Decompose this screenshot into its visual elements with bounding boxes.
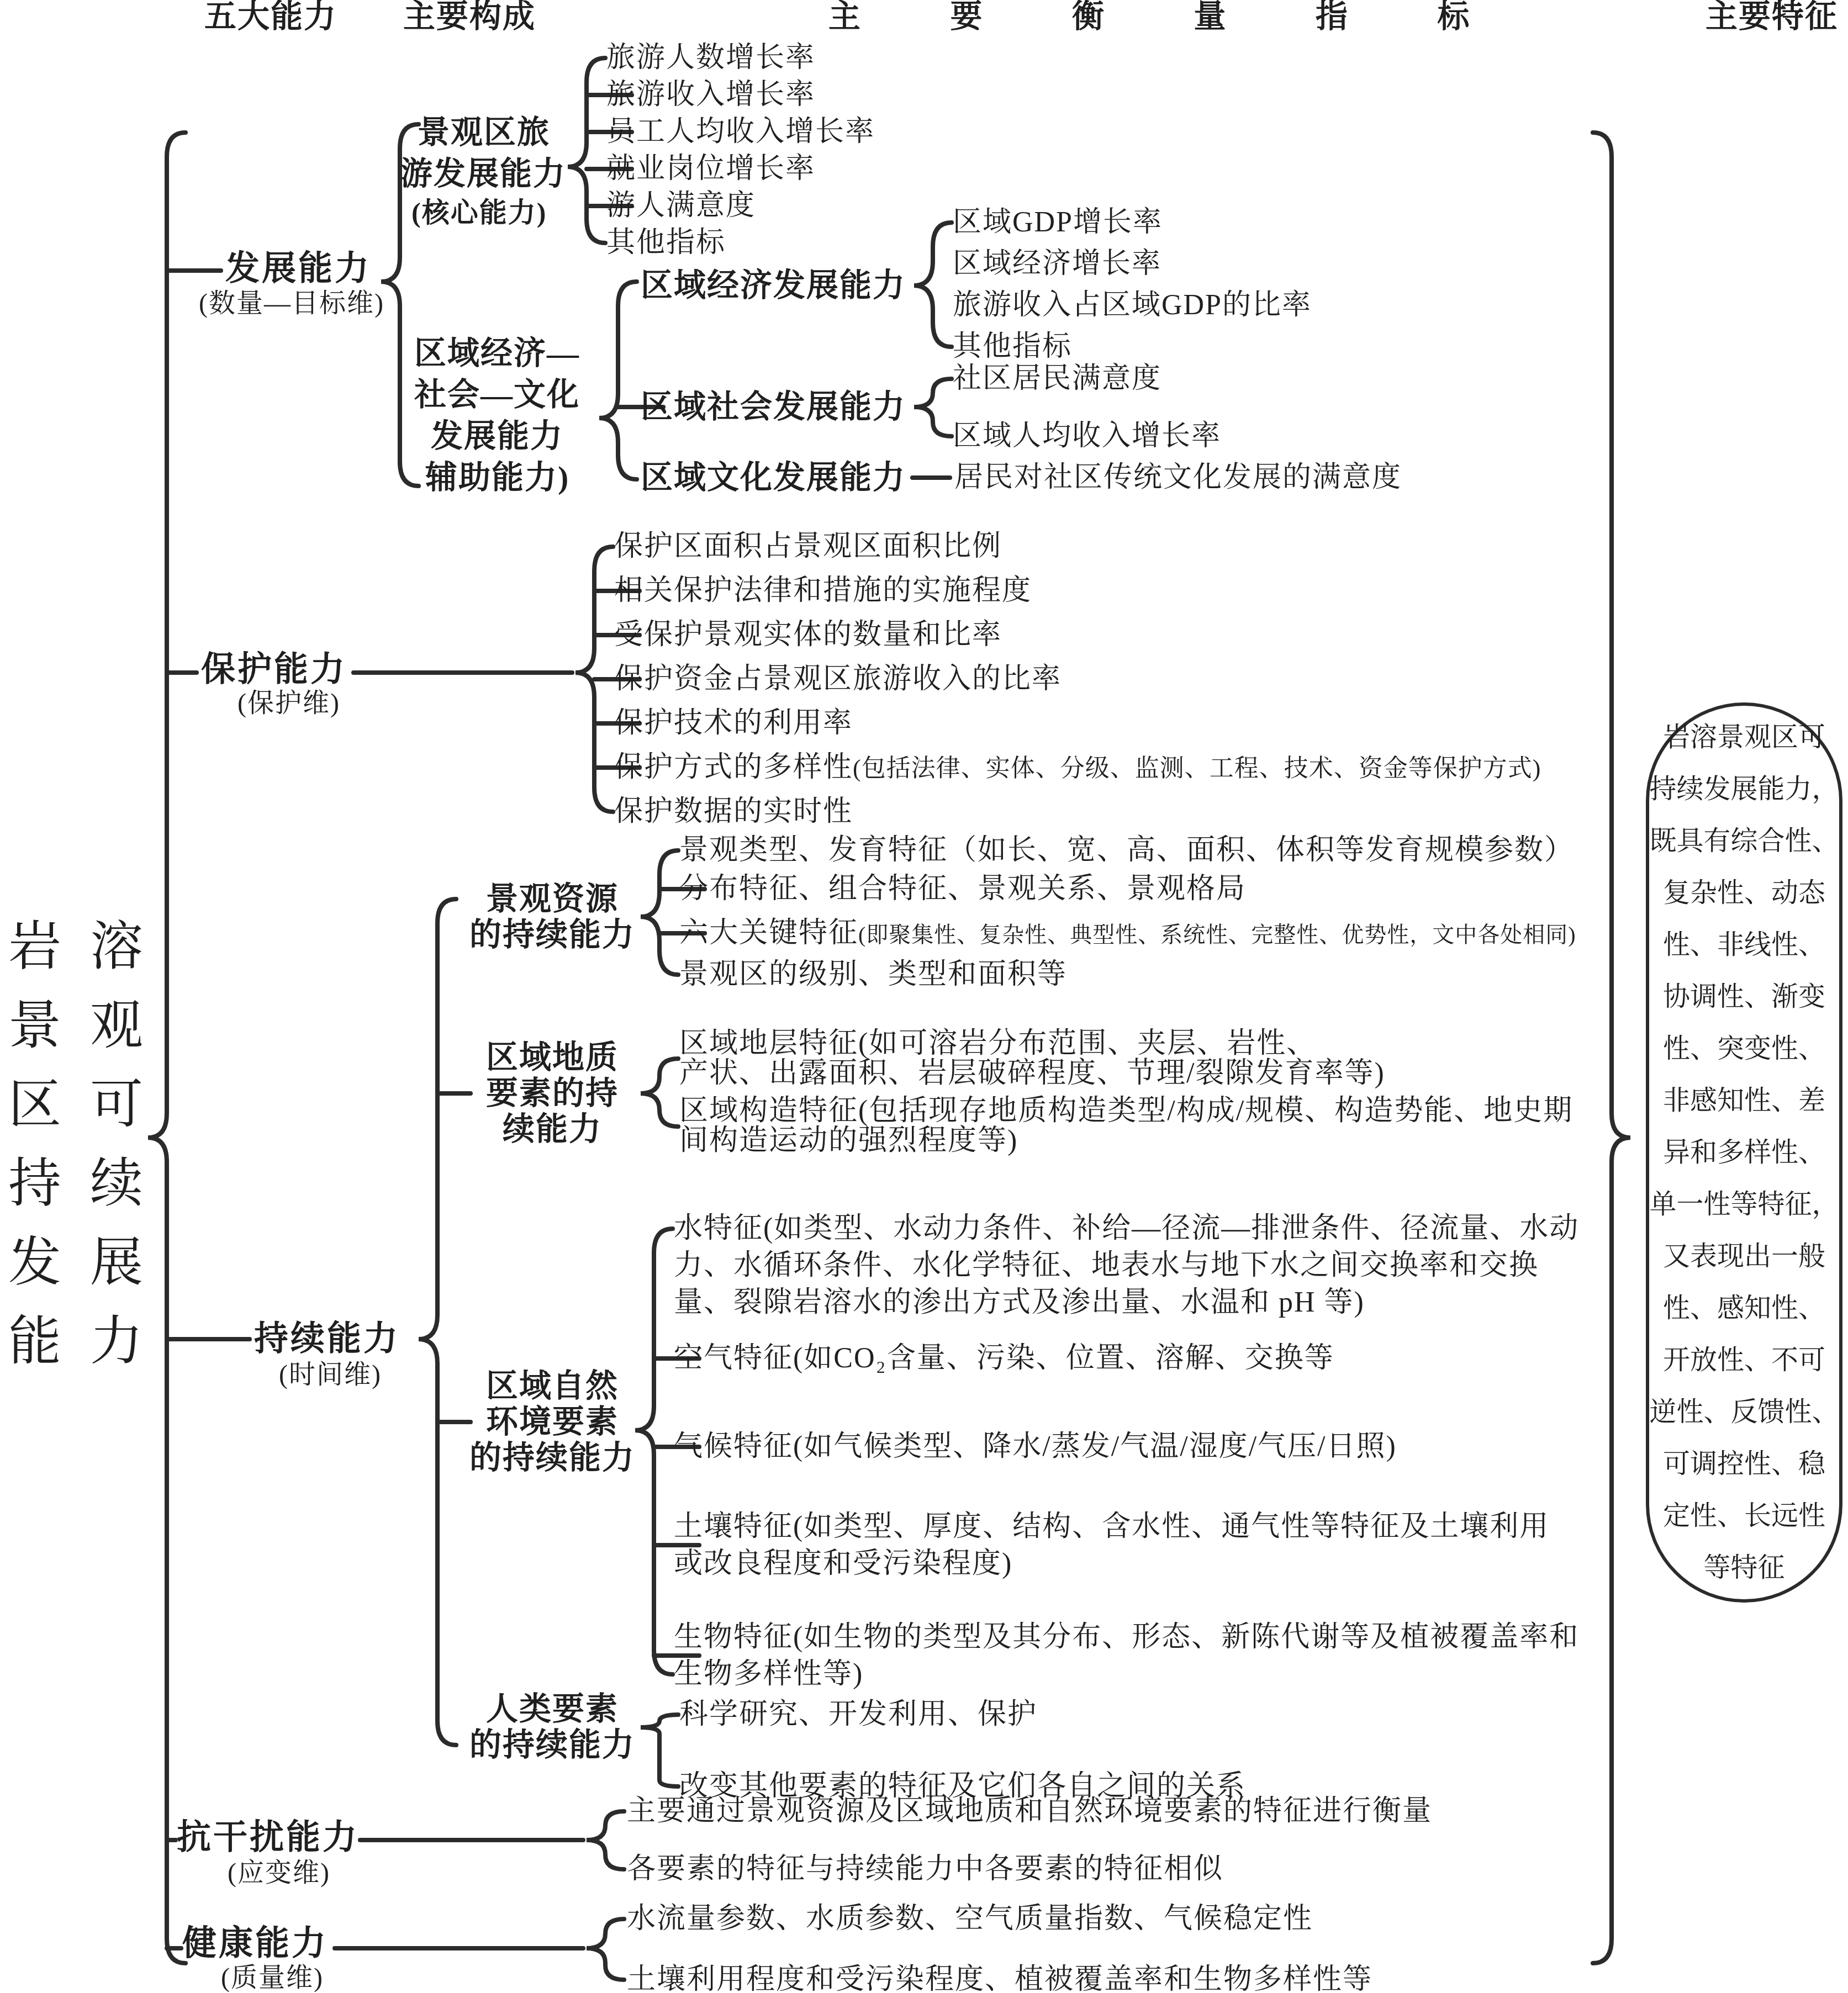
indicator: 水流量参数、水质参数、空气质量指数、气候稳定性 bbox=[627, 1905, 1313, 1933]
geology-label-line: 区域地质 bbox=[486, 1042, 619, 1074]
indicator-line: 区域地层特征(如可溶岩分布范围、夹层、岩性、 bbox=[679, 1029, 1316, 1058]
note-line: 可调控性、稳 bbox=[1663, 1438, 1825, 1490]
regional-dev-label-line: 社会—文化 bbox=[414, 379, 580, 411]
note-line: 持续发展能力， bbox=[1649, 763, 1839, 815]
root-title-row: 发展 bbox=[8, 1220, 172, 1296]
capability-protection: 保护能力 bbox=[201, 653, 347, 687]
tourism-dev-label-line: (核心能力) bbox=[411, 199, 547, 226]
note-line: 又表现出一般 bbox=[1663, 1230, 1825, 1282]
indicator-paren: (即聚集性、复杂性、典型性、系统性、完整性、优势性，文中各处相同) bbox=[858, 922, 1576, 947]
indicator: 气候特征(如气候类型、降水/蒸发/气温/湿度/气压/日照) bbox=[674, 1432, 1397, 1461]
main-features-note: 岩溶景观区可 持续发展能力， 既具有综合性、 复杂性、动态 性、非线性、 协调性… bbox=[1646, 702, 1842, 1603]
regional-dev-label-line: 发展能力 bbox=[431, 420, 563, 452]
capability-development: 发展能力 bbox=[225, 252, 371, 286]
indicator: 社区居民满意度 bbox=[953, 364, 1161, 393]
indicator: 保护区面积占景观区面积比例 bbox=[614, 532, 1002, 561]
indicator: 旅游收入占区域GDP的比率 bbox=[953, 291, 1312, 320]
indicator-line: 土壤特征(如类型、厚度、结构、含水性、通气性等特征及土壤利用 bbox=[674, 1513, 1549, 1541]
root-title-row: 持续 bbox=[8, 1141, 172, 1217]
indicator-line: 或改良程度和受污染程度) bbox=[674, 1550, 1012, 1578]
indicator: 各要素的特征与持续能力中各要素的特征相似 bbox=[627, 1855, 1223, 1884]
indicator-main: 保护方式的多样性 bbox=[614, 752, 853, 783]
indicator-line: 生物特征(如生物的类型及其分布、形态、新陈代谢等及植被覆盖率和 bbox=[674, 1623, 1579, 1652]
indicator: 就业岗位增长率 bbox=[606, 155, 815, 183]
indicator: 保护数据的实时性 bbox=[614, 797, 853, 826]
geology-label-line: 要素的持 bbox=[486, 1077, 619, 1109]
indicator: 景观类型、发育特征（如长、宽、高、面积、体积等发育规模参数） bbox=[679, 836, 1574, 865]
note-line: 等特征 bbox=[1703, 1542, 1784, 1594]
indicator-line: 间构造运动的强烈程度等) bbox=[679, 1127, 1018, 1155]
culture-dev-label: 区域文化发展能力 bbox=[641, 462, 906, 494]
society-dev-label: 区域社会发展能力 bbox=[641, 391, 906, 423]
indicator-paren: (包括法律、实体、分级、监测、工程、技术、资金等保护方式) bbox=[853, 755, 1541, 782]
indicator: 空气特征(如CO₂含量、污染、位置、溶解、交换等 bbox=[674, 1344, 1334, 1373]
capability-resist: 抗干扰能力 bbox=[177, 1821, 359, 1855]
indicator-line: 生物多样性等) bbox=[674, 1660, 863, 1689]
economy-dev-label: 区域经济发展能力 bbox=[641, 269, 906, 302]
note-line: 逆性、反馈性、 bbox=[1649, 1386, 1839, 1438]
note-line: 单一性等特征， bbox=[1649, 1178, 1839, 1230]
indicator: 景观区的级别、类型和面积等 bbox=[679, 960, 1067, 989]
indicator: 主要通过景观资源及区域地质和自然环境要素的特征进行衡量 bbox=[627, 1797, 1432, 1826]
indicator-line: 产状、出露面积、岩层破碎程度、节理/裂隙发育率等) bbox=[679, 1059, 1385, 1088]
landscape-res-label-line: 景观资源 bbox=[486, 883, 619, 915]
note-line: 复杂性、动态 bbox=[1663, 867, 1825, 919]
indicator: 保护技术的利用率 bbox=[614, 709, 853, 738]
capability-health-dim: (质量维) bbox=[221, 1965, 324, 1991]
capability-sustain: 持续能力 bbox=[254, 1322, 400, 1356]
regional-dev-label-line: 区域经济— bbox=[414, 337, 580, 369]
note-line: 定性、长远性 bbox=[1663, 1490, 1825, 1542]
environment-label-line: 的持续能力 bbox=[469, 1442, 635, 1474]
indicator-main: 六大关键特征 bbox=[679, 917, 858, 949]
note-line: 非感知性、差 bbox=[1663, 1075, 1825, 1127]
indicator: 分布特征、组合特征、景观关系、景观格局 bbox=[679, 875, 1246, 903]
indicator: 六大关键特征(即聚集性、复杂性、典型性、系统性、完整性、优势性，文中各处相同) bbox=[679, 919, 1576, 948]
header-main-features: 主要特征 bbox=[1706, 1, 1838, 33]
header-five-capabilities: 五大能力 bbox=[204, 1, 337, 33]
indicator: 科学研究、开发利用、保护 bbox=[679, 1700, 1037, 1729]
indicator: 游人满意度 bbox=[606, 192, 756, 220]
capability-resist-dim: (应变维) bbox=[228, 1860, 330, 1886]
indicator: 土壤利用程度和受污染程度、植被覆盖率和生物多样性等 bbox=[627, 1965, 1372, 1993]
indicator: 其他指标 bbox=[953, 332, 1072, 361]
landscape-res-label-line: 的持续能力 bbox=[469, 919, 635, 951]
note-line: 异和多样性、 bbox=[1663, 1127, 1825, 1178]
note-line: 既具有综合性、 bbox=[1649, 815, 1839, 867]
note-line: 性、突变性、 bbox=[1663, 1023, 1825, 1075]
note-line: 协调性、渐变 bbox=[1663, 971, 1825, 1023]
capability-protection-dim: (保护维) bbox=[237, 690, 340, 717]
capability-sustain-dim: (时间维) bbox=[279, 1362, 382, 1388]
root-title-row: 景观 bbox=[8, 983, 172, 1059]
indicator-line: 量、裂隙岩溶水的渗出方式及渗出量、水温和 pH 等) bbox=[674, 1288, 1365, 1317]
note-line: 性、非线性、 bbox=[1663, 919, 1825, 971]
indicator: 相关保护法律和措施的实施程度 bbox=[614, 577, 1032, 605]
environment-label-line: 区域自然 bbox=[486, 1370, 619, 1402]
note-line: 开放性、不可 bbox=[1663, 1334, 1825, 1386]
header-main-indicators: 主 要 衡 量 指 标 bbox=[828, 1, 1511, 33]
indicator-line: 水特征(如类型、水动力条件、补给—径流—排泄条件、径流量、水动 bbox=[674, 1214, 1579, 1243]
root-title-row: 区可 bbox=[8, 1062, 172, 1138]
note-line: 性、感知性、 bbox=[1663, 1282, 1825, 1334]
environment-label-line: 环境要素 bbox=[486, 1406, 619, 1438]
tourism-dev-label-line: 游发展能力 bbox=[400, 158, 566, 190]
indicator: 员工人均收入增长率 bbox=[606, 118, 875, 146]
root-title-row: 岩溶 bbox=[8, 904, 172, 980]
indicator: 区域经济增长率 bbox=[953, 250, 1161, 278]
indicator: 保护资金占景观区旅游收入的比率 bbox=[614, 665, 1062, 694]
indicator: 受保护景观实体的数量和比率 bbox=[614, 621, 1002, 649]
indicator: 旅游人数增长率 bbox=[606, 44, 815, 72]
indicator: 区域GDP增长率 bbox=[953, 208, 1163, 237]
indicator: 其他指标 bbox=[606, 229, 726, 257]
capability-development-dim: (数量—目标维) bbox=[199, 290, 384, 317]
root-title-row: 能力 bbox=[8, 1299, 172, 1375]
karst-capability-diagram: 五大能力 主要构成 主 要 衡 量 指 标 主要特征 岩溶 景观 区可 持续 发… bbox=[0, 0, 1848, 1993]
human-factor-label-line: 的持续能力 bbox=[469, 1729, 635, 1761]
geology-label-line: 续能力 bbox=[503, 1113, 602, 1145]
indicator: 旅游收入增长率 bbox=[606, 81, 815, 109]
note-line: 岩溶景观区可 bbox=[1663, 711, 1825, 763]
indicator: 居民对社区传统文化发展的满意度 bbox=[954, 463, 1402, 492]
regional-dev-label-line: 辅助能力) bbox=[425, 462, 569, 494]
indicator-line: 区域构造特征(包括现存地质构造类型/构成/规模、构造势能、地史期 bbox=[679, 1097, 1573, 1125]
indicator: 保护方式的多样性(包括法律、实体、分级、监测、工程、技术、资金等保护方式) bbox=[614, 753, 1541, 782]
human-factor-label-line: 人类要素 bbox=[486, 1693, 619, 1725]
header-main-composition: 主要构成 bbox=[403, 1, 536, 33]
tourism-dev-label-line: 景观区旅 bbox=[418, 117, 550, 149]
indicator: 区域人均收入增长率 bbox=[953, 422, 1221, 451]
capability-health: 健康能力 bbox=[182, 1927, 328, 1961]
indicator-line: 力、水循环条件、水化学特征、地表水与地下水之间交换率和交换 bbox=[674, 1251, 1539, 1280]
